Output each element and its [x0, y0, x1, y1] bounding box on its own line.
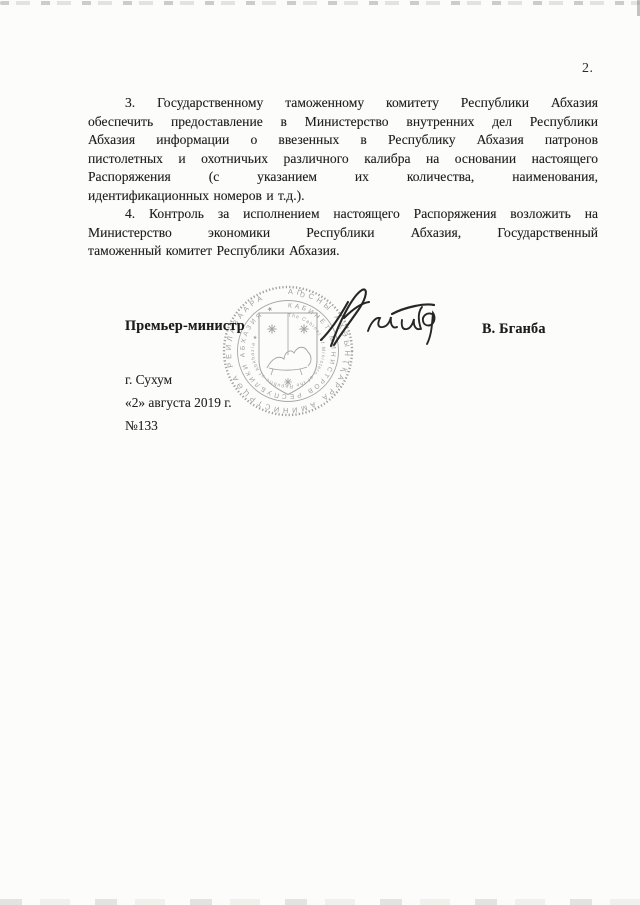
- page-number: 2.: [582, 61, 594, 77]
- scan-artifact-top-edge: [0, 1, 640, 5]
- document-page: 2. 3. Государственному таможенному комит…: [0, 0, 640, 905]
- signature-handwritten: [315, 278, 510, 358]
- footer-document-number: №133: [125, 418, 158, 434]
- document-body: 3. Государственному таможенному комитету…: [88, 94, 598, 261]
- paragraph-4-line: таможенный комитет Республики Абхазия.: [88, 242, 598, 261]
- paragraph-3-line: 3. Государственному таможенному комитету…: [88, 94, 598, 113]
- paragraph-4-line: 4. Контроль за исполнением настоящего Ра…: [88, 205, 598, 224]
- paragraph-3-line: пистолетных и охотничьих различного кали…: [88, 150, 598, 169]
- scan-artifact-bottom-edge: [0, 899, 640, 905]
- paragraph-3-line: обеспечить предоставление в Министерство…: [88, 113, 598, 132]
- footer-date: «2» августа 2019 г.: [125, 395, 232, 411]
- footer-city: г. Сухум: [125, 372, 172, 388]
- paragraph-3-line: Абхазия информации о ввезенных в Республ…: [88, 131, 598, 150]
- paragraph-3-line: Распоряжения (с указанием их количества,…: [88, 168, 598, 187]
- paragraph-4-line: Министерство экономики Республики Абхази…: [88, 224, 598, 243]
- signer-role-label: Премьер-министр: [125, 318, 245, 335]
- paragraph-3-line: идентификационных номеров и т.д.).: [88, 187, 598, 206]
